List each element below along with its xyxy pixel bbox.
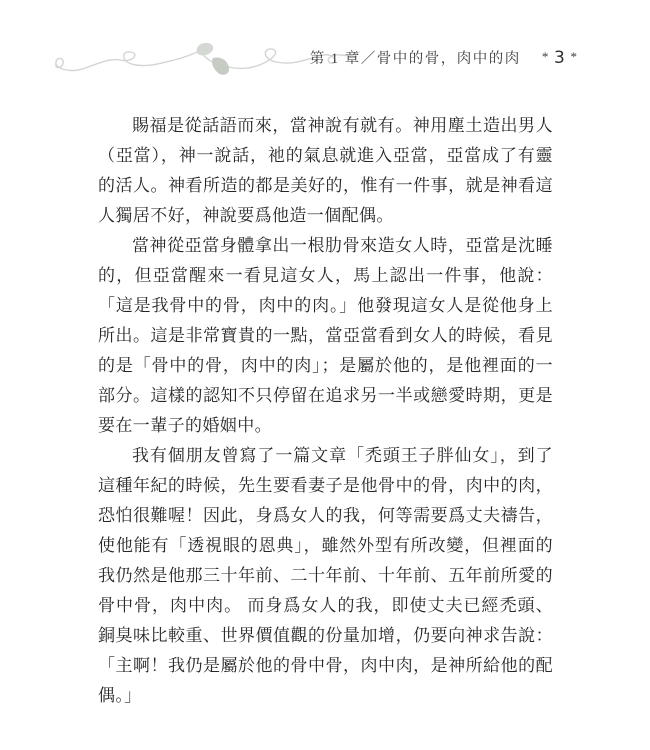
page-star-left: * — [542, 49, 550, 64]
page-number: * 3 * — [542, 51, 578, 67]
chapter-title: 第 1 章／骨中的骨，肉中的肉 — [310, 51, 521, 67]
paragraph-3: 我有個朋友曾寫了一篇文章「禿頭王子胖仙女」，到了這種年紀的時候，先生要看妻子是他… — [98, 441, 553, 711]
ornament-leaves — [197, 43, 229, 75]
paragraph-2: 當神從亞當身體拿出一根肋骨來造女人時，亞當是沈睡的，但亞當醒來一看見這女人，馬上… — [98, 231, 553, 441]
page-star-right: * — [571, 49, 579, 64]
book-page: 第 1 章／骨中的骨，肉中的肉 * 3 * 賜福是從話語而來，當神說有就有。神用… — [0, 0, 650, 750]
page-content: 賜福是從話語而來，當神說有就有。神用塵土造出男人（亞當），神一說話，祂的氣息就進… — [98, 111, 553, 711]
running-head: 第 1 章／骨中的骨，肉中的肉 * 3 * — [310, 47, 578, 68]
page-number-value: 3 — [554, 48, 566, 68]
paragraph-1: 賜福是從話語而來，當神說有就有。神用塵土造出男人（亞當），神一說話，祂的氣息就進… — [98, 111, 553, 231]
